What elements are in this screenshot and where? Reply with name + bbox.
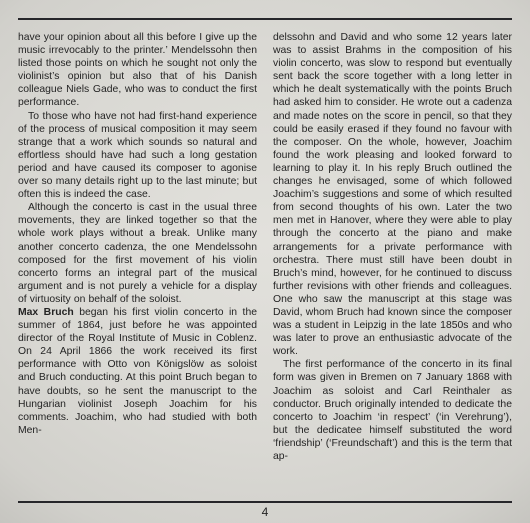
page-number: 4 xyxy=(0,505,530,519)
paragraph: To those who have not had first-hand exp… xyxy=(18,110,257,202)
booklet-page: have your opinion about all this before … xyxy=(0,0,530,523)
left-column: have your opinion about all this before … xyxy=(18,31,257,499)
paragraph: The first performance of the concerto in… xyxy=(273,358,512,463)
right-column: delssohn and David and who some 12 years… xyxy=(273,31,512,499)
bottom-rule xyxy=(18,501,512,503)
text-columns: have your opinion about all this before … xyxy=(18,31,512,499)
paragraph-text: began his first violin concerto in the s… xyxy=(18,307,257,436)
paragraph-continuation: delssohn and David and who some 12 years… xyxy=(273,31,512,358)
paragraph: Although the concerto is cast in the usu… xyxy=(18,201,257,306)
top-rule xyxy=(18,18,512,20)
composer-name-bold: Max Bruch xyxy=(18,307,74,318)
paragraph: Max Bruch began his first violin concert… xyxy=(18,306,257,437)
paragraph-continuation: have your opinion about all this before … xyxy=(18,31,257,110)
